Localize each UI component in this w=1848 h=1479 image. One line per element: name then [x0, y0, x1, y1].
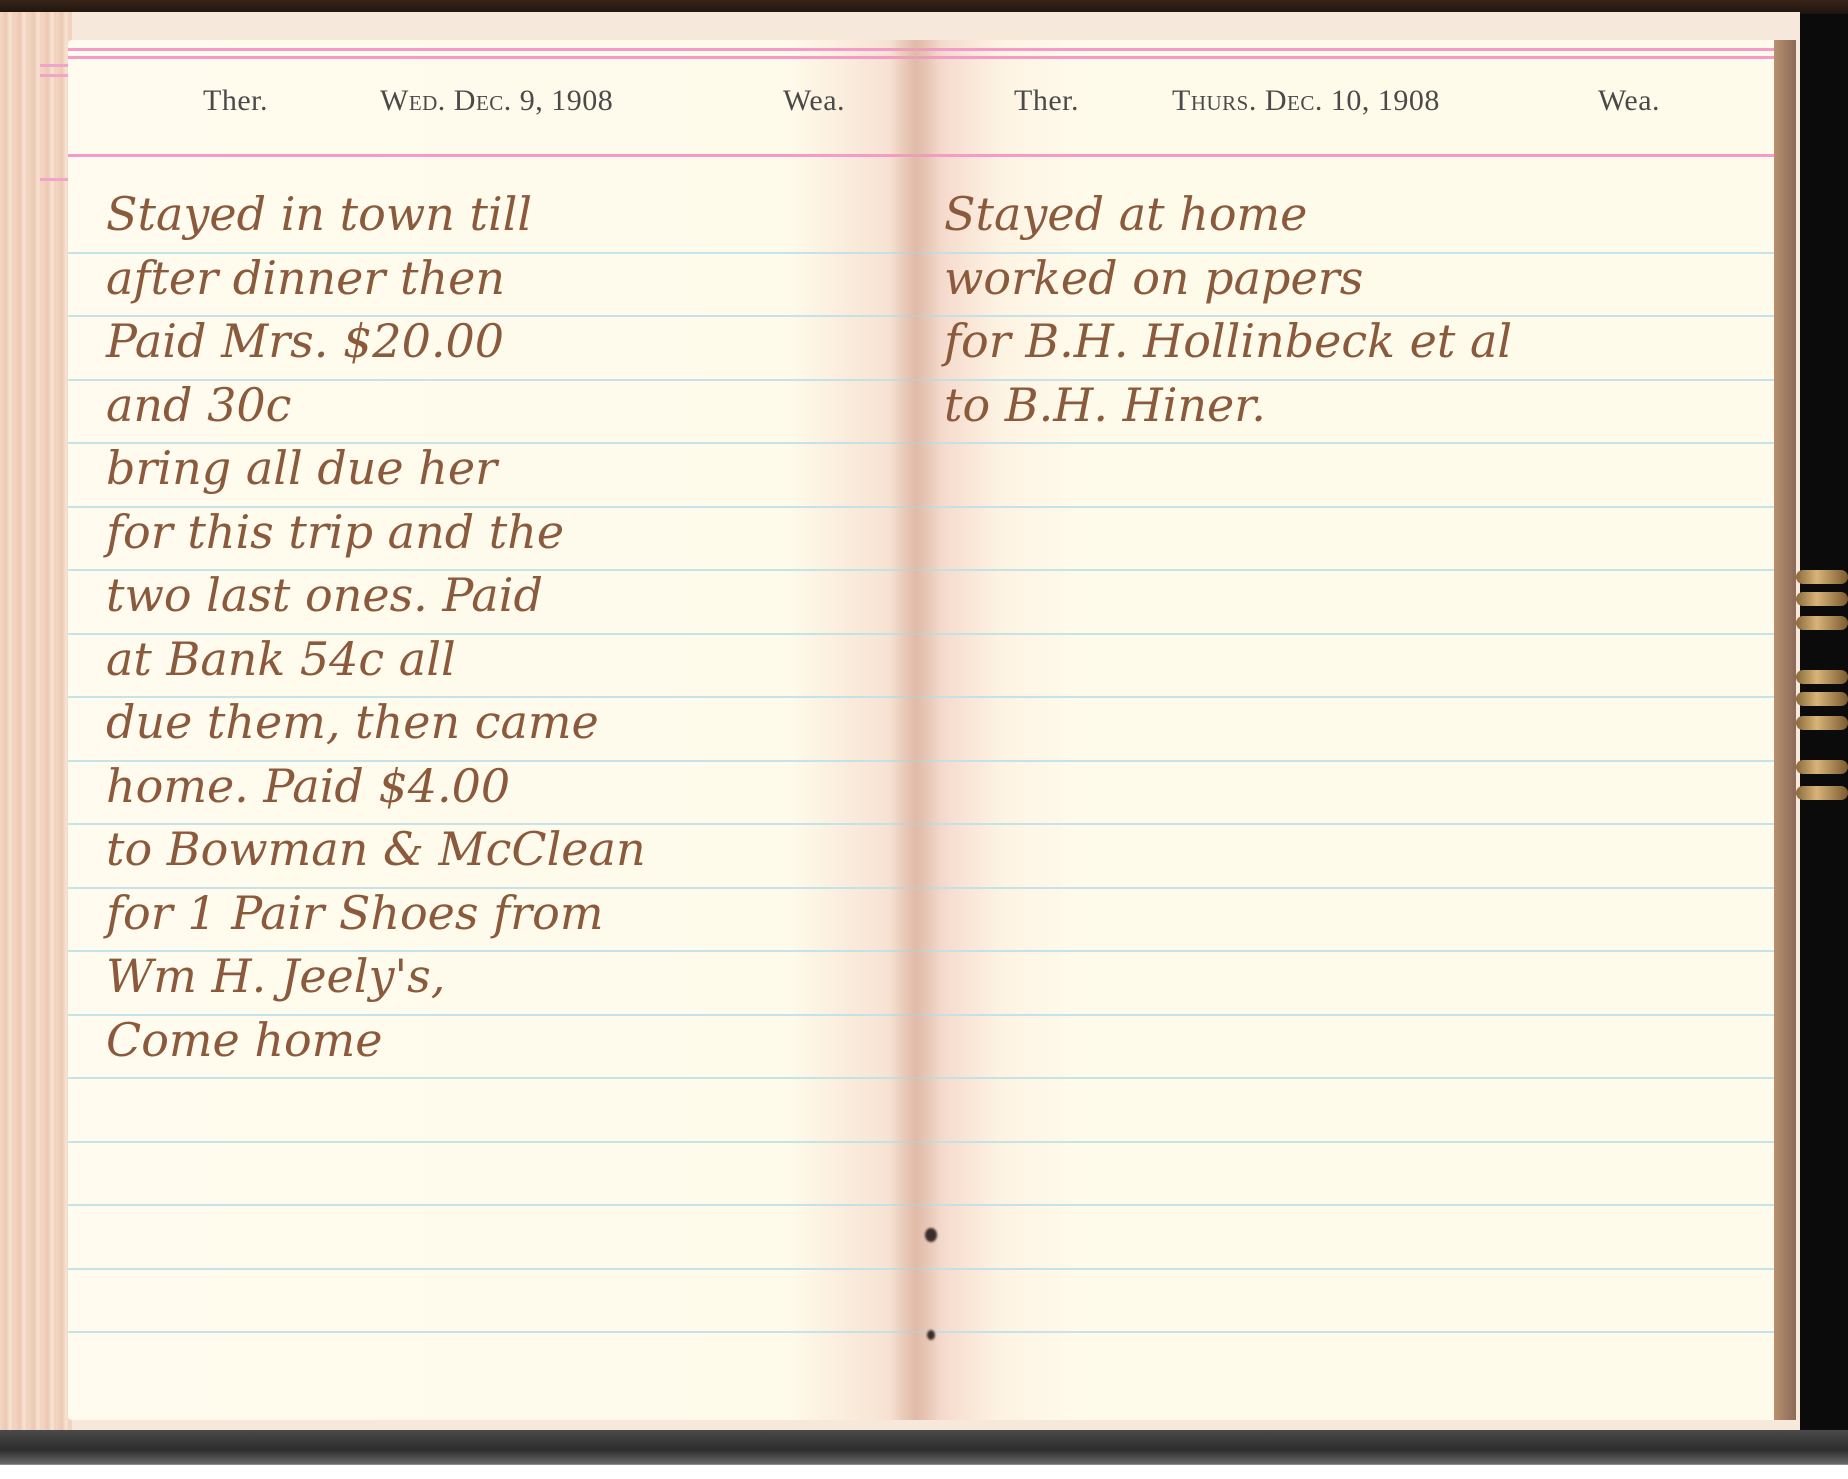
entry-line: for 1 Pair Shoes from — [106, 881, 646, 945]
right-page: Ther. Thurs. Dec. 10, 1908 Wea. Stayed a… — [914, 40, 1774, 1420]
entry-line: Stayed at home — [944, 182, 1512, 246]
binding-stitch — [927, 1330, 935, 1340]
left-page: Ther. Wed. Dec. 9, 1908 Wea. Stayed in t… — [68, 40, 914, 1420]
book-gutter — [890, 40, 940, 1420]
entry-line: Paid Mrs. $20.00 — [106, 309, 646, 373]
edge-pink-mark — [40, 178, 70, 181]
edge-pink-mark — [40, 74, 70, 77]
wea-label: Wea. — [1598, 84, 1660, 118]
handwritten-entry: Stayed at home worked on papers for B.H.… — [944, 182, 1512, 436]
entry-line: for this trip and the — [106, 500, 646, 564]
binding-stitch — [925, 1228, 937, 1242]
entry-line: Wm H. Jeely's, — [106, 944, 646, 1008]
entry-line: two last ones. Paid — [106, 563, 646, 627]
wea-label: Wea. — [783, 84, 845, 118]
entry-line: to B.H. Hiner. — [944, 373, 1512, 437]
entry-line: due them, then came — [106, 690, 646, 754]
page-date: Wed. Dec. 9, 1908 — [380, 84, 613, 118]
header-rule-bottom — [914, 154, 1774, 157]
entry-line: bring all due her — [106, 436, 646, 500]
header-rule-top — [68, 48, 914, 51]
edge-pink-mark — [40, 64, 70, 67]
ribbon-bookmarks — [1796, 560, 1848, 820]
ther-label: Ther. — [1014, 84, 1079, 118]
entry-line: at Bank 54c all — [106, 627, 646, 691]
entry-line: to Bowman & McClean — [106, 817, 646, 881]
page-stack-edge — [0, 12, 72, 1432]
book-cover-edge — [1774, 40, 1796, 1420]
entry-line: Come home — [106, 1008, 646, 1072]
scan-bottom-edge — [0, 1430, 1848, 1479]
handwritten-entry: Stayed in town till after dinner then Pa… — [106, 182, 646, 1071]
entry-line: Stayed in town till — [106, 182, 646, 246]
entry-line: after dinner then — [106, 246, 646, 310]
entry-line: worked on papers — [944, 246, 1512, 310]
entry-line: for B.H. Hollinbeck et al — [944, 309, 1512, 373]
header-rule-top-double — [914, 56, 1774, 59]
ther-label: Ther. — [203, 84, 268, 118]
page-date: Thurs. Dec. 10, 1908 — [1172, 84, 1440, 118]
header-rule-top-double — [68, 56, 914, 59]
header-rule-bottom — [68, 154, 914, 157]
entry-line: home. Paid $4.00 — [106, 754, 646, 818]
header-rule-top — [914, 48, 1774, 51]
entry-line: and 30c — [106, 373, 646, 437]
